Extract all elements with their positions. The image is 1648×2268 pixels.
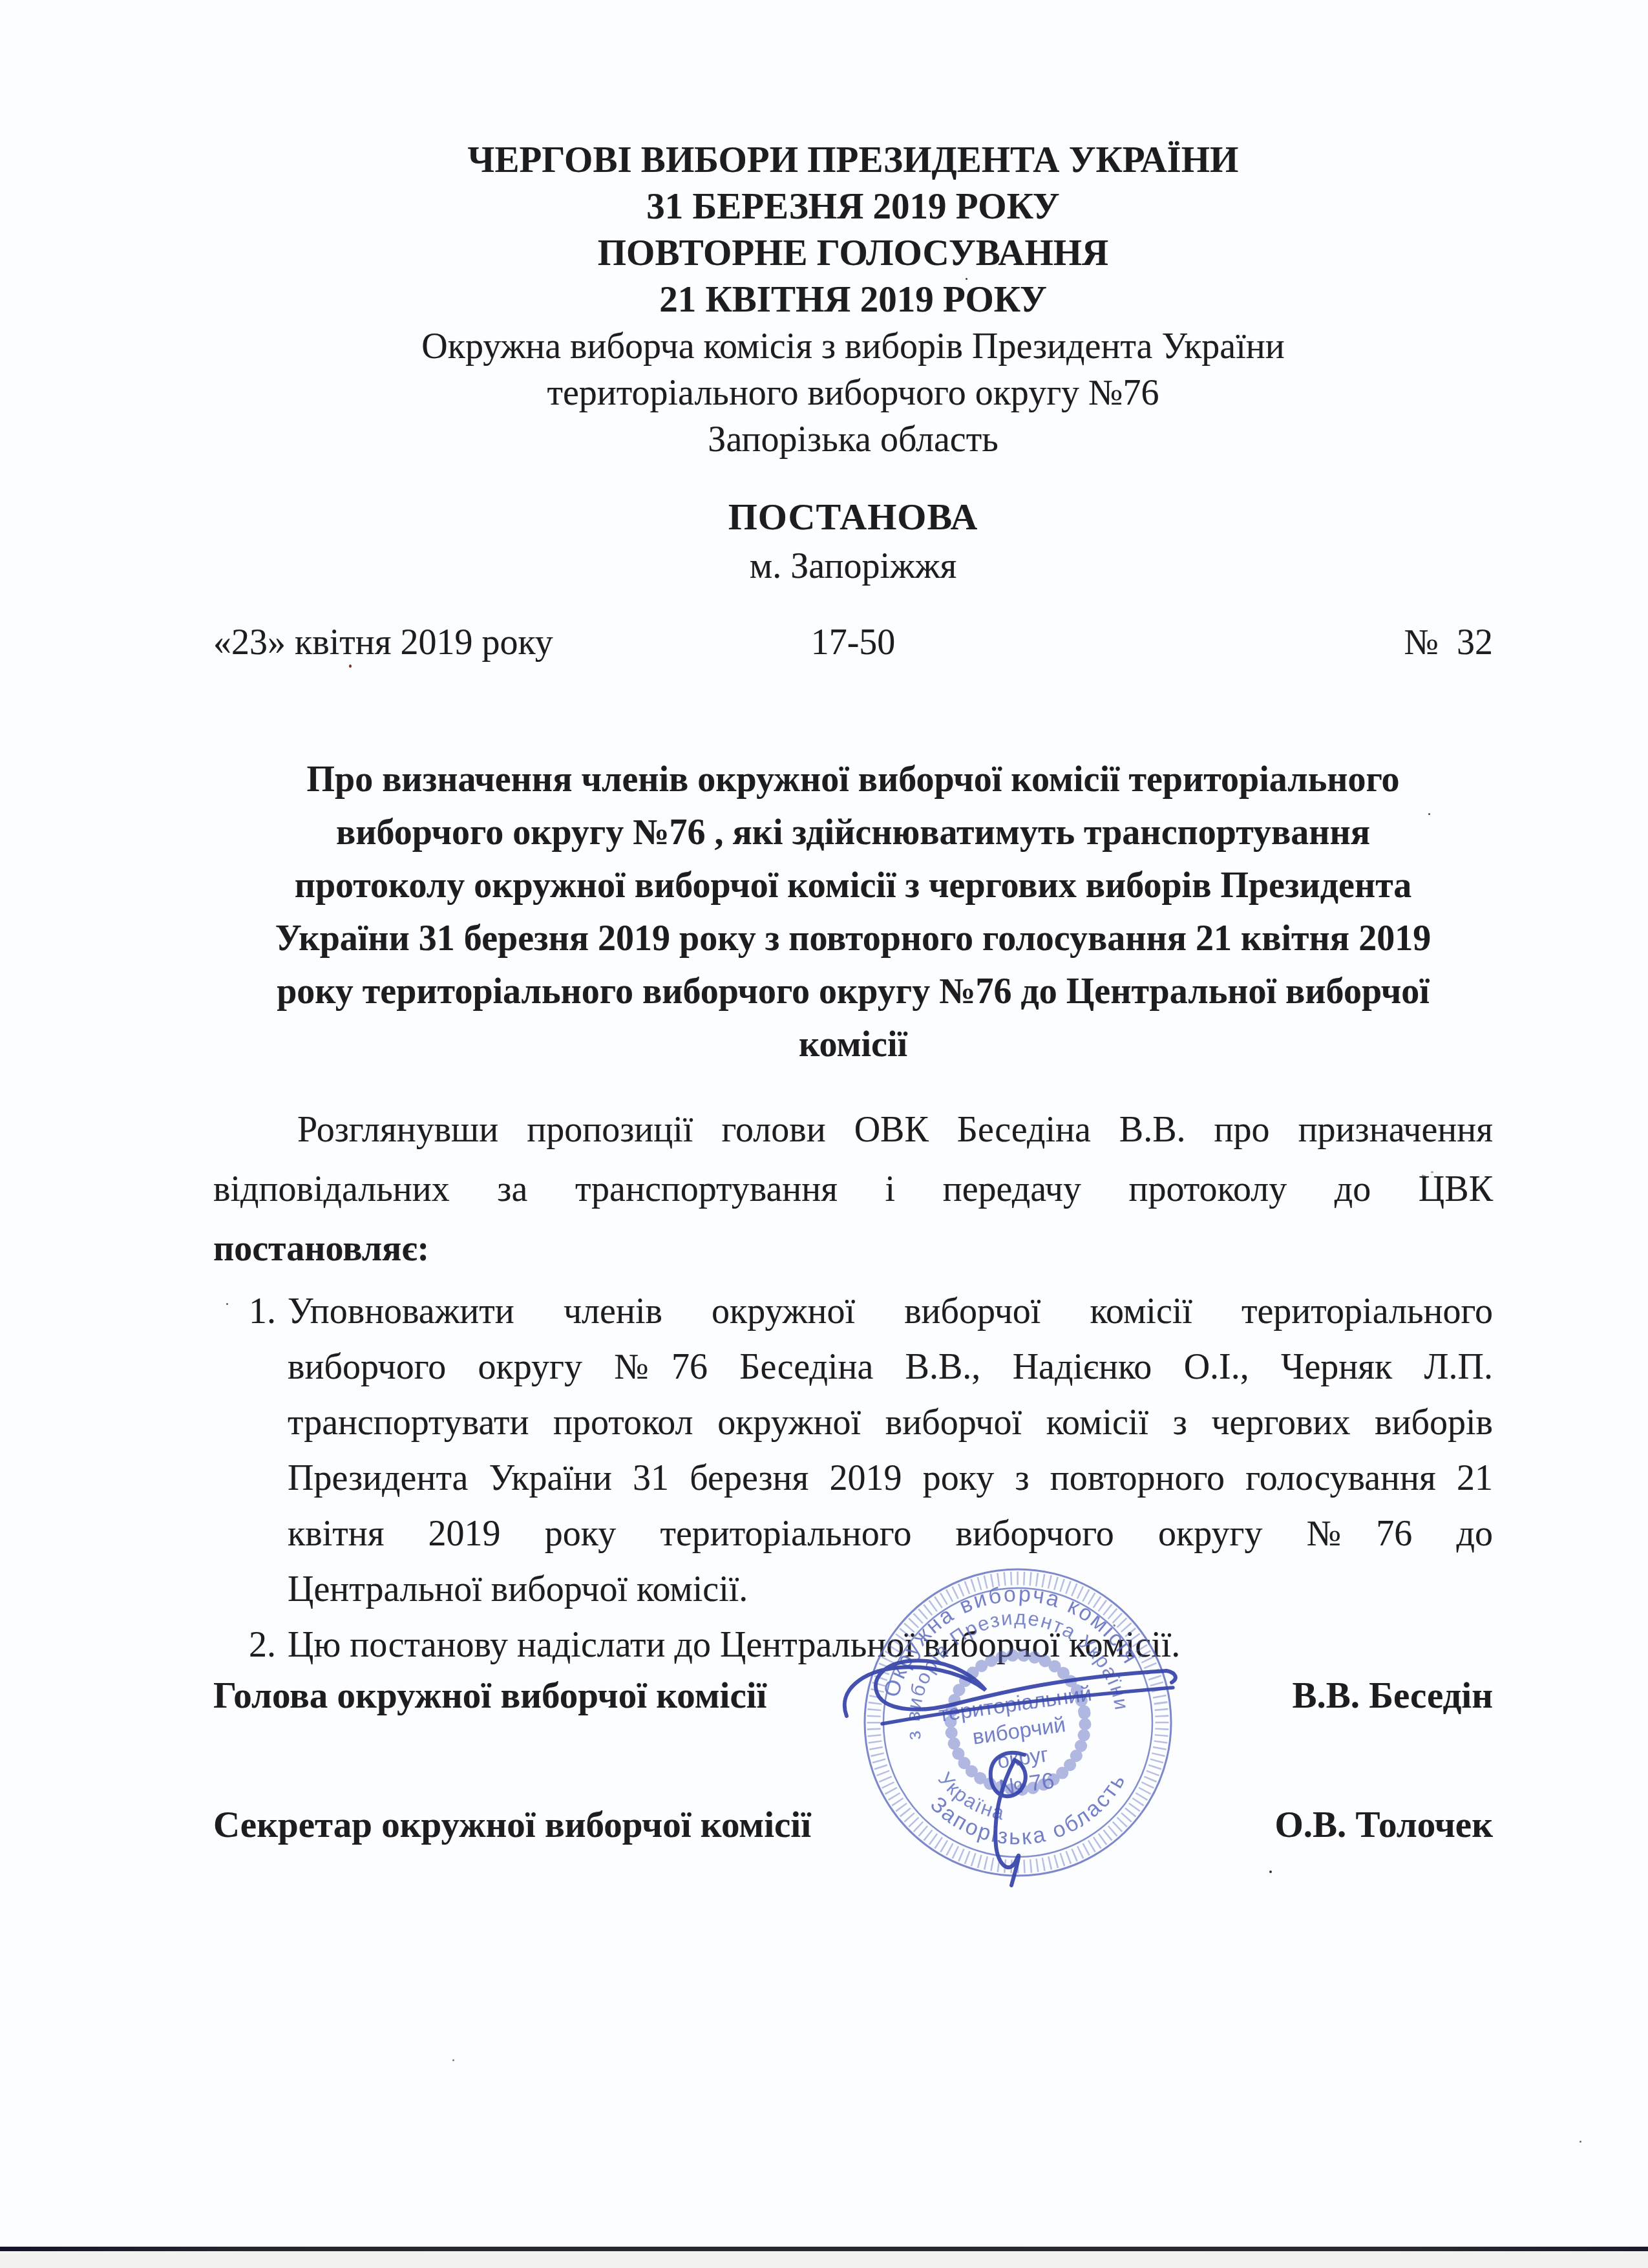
list-item-number: 1. <box>249 1284 276 1339</box>
scan-page-bottom-edge <box>0 2247 1648 2251</box>
document-type-title: ПОСТАНОВА <box>213 494 1493 540</box>
scan-speck <box>452 2059 454 2061</box>
signature-label-head: Голова окружної виборчої комісії <box>213 1673 766 1719</box>
signature-name-secretary: О.В. Толочек <box>1274 1802 1493 1849</box>
scan-speck <box>1269 1871 1272 1873</box>
list-item-line: виборчого округу №76 Беседіна В.В., Наді… <box>288 1339 1493 1395</box>
document-date: «23» квітня 2019 року <box>213 619 553 666</box>
title-line: року територіального виборчого округу №7… <box>213 965 1493 1018</box>
signature-label-secretary: Секретар окружної виборчої комісії <box>213 1802 811 1849</box>
list-item-line: Уповноважити членів окружної виборчої ко… <box>288 1284 1493 1339</box>
official-round-stamp: Окружна виборча комісія з виборів Презид… <box>824 1561 1186 1910</box>
resolution-title: Про визначення членів окружної виборчої … <box>213 753 1493 1071</box>
header-line: ЧЕРГОВІ ВИБОРИ ПРЕЗИДЕНТА УКРАЇНИ <box>213 137 1493 184</box>
list-item-line: транспортувати протокол окружної виборчо… <box>288 1395 1493 1450</box>
signature-name-head: В.В. Беседін <box>1292 1673 1493 1719</box>
scan-speck <box>1428 813 1430 815</box>
intro-line-resolves: постановляє: <box>213 1219 1493 1278</box>
scanner-background <box>0 2251 1648 2268</box>
header-line: територіального виборчого округу №76 <box>213 370 1493 416</box>
scanned-document-page: ЧЕРГОВІ ВИБОРИ ПРЕЗИДЕНТА УКРАЇНИ 31 БЕР… <box>0 0 1648 2268</box>
intro-line: відповідальних за транспортування і пере… <box>213 1160 1493 1219</box>
document-content: ЧЕРГОВІ ВИБОРИ ПРЕЗИДЕНТА УКРАЇНИ 31 БЕР… <box>213 137 1493 1673</box>
title-line: протоколу окружної виборчої комісії з че… <box>213 859 1493 912</box>
header-line: Окружна виборча комісія з виборів Презид… <box>213 323 1493 370</box>
document-time: 17-50 <box>811 619 896 666</box>
header-line: 31 БЕРЕЗНЯ 2019 РОКУ <box>213 184 1493 230</box>
list-item-line: квітня 2019 року територіального виборчо… <box>288 1506 1493 1562</box>
title-line: Про визначення членів окружної виборчої … <box>213 753 1493 806</box>
scan-speck <box>1431 1171 1433 1173</box>
list-item-number: 2. <box>249 1617 276 1673</box>
document-number: № 32 <box>1404 619 1493 666</box>
document-city: м. Запоріжжя <box>213 543 1493 589</box>
header-line: ПОВТОРНЕ ГОЛОСУВАННЯ <box>213 230 1493 277</box>
title-line: України 31 березня 2019 року з повторног… <box>213 912 1493 965</box>
list-item-line: Президента України 31 березня 2019 року … <box>288 1450 1493 1506</box>
scan-speck <box>1579 2141 1581 2143</box>
date-row: «23» квітня 2019 року 17-50 № 32 <box>213 619 1493 666</box>
header-line: Запорізька область <box>213 416 1493 463</box>
document-header: ЧЕРГОВІ ВИБОРИ ПРЕЗИДЕНТА УКРАЇНИ 31 БЕР… <box>213 137 1493 463</box>
scan-speck <box>226 1303 228 1305</box>
header-line: 21 КВІТНЯ 2019 РОКУ <box>213 277 1493 323</box>
title-line: виборчого округу №76 , які здійснюватиму… <box>213 806 1493 859</box>
title-line: комісії <box>213 1018 1493 1071</box>
scan-speck <box>966 278 967 280</box>
scan-speck <box>349 664 352 668</box>
intro-paragraph: Розглянувши пропозиції голови ОВК Беседі… <box>213 1100 1493 1278</box>
intro-line: Розглянувши пропозиції голови ОВК Беседі… <box>213 1100 1493 1160</box>
